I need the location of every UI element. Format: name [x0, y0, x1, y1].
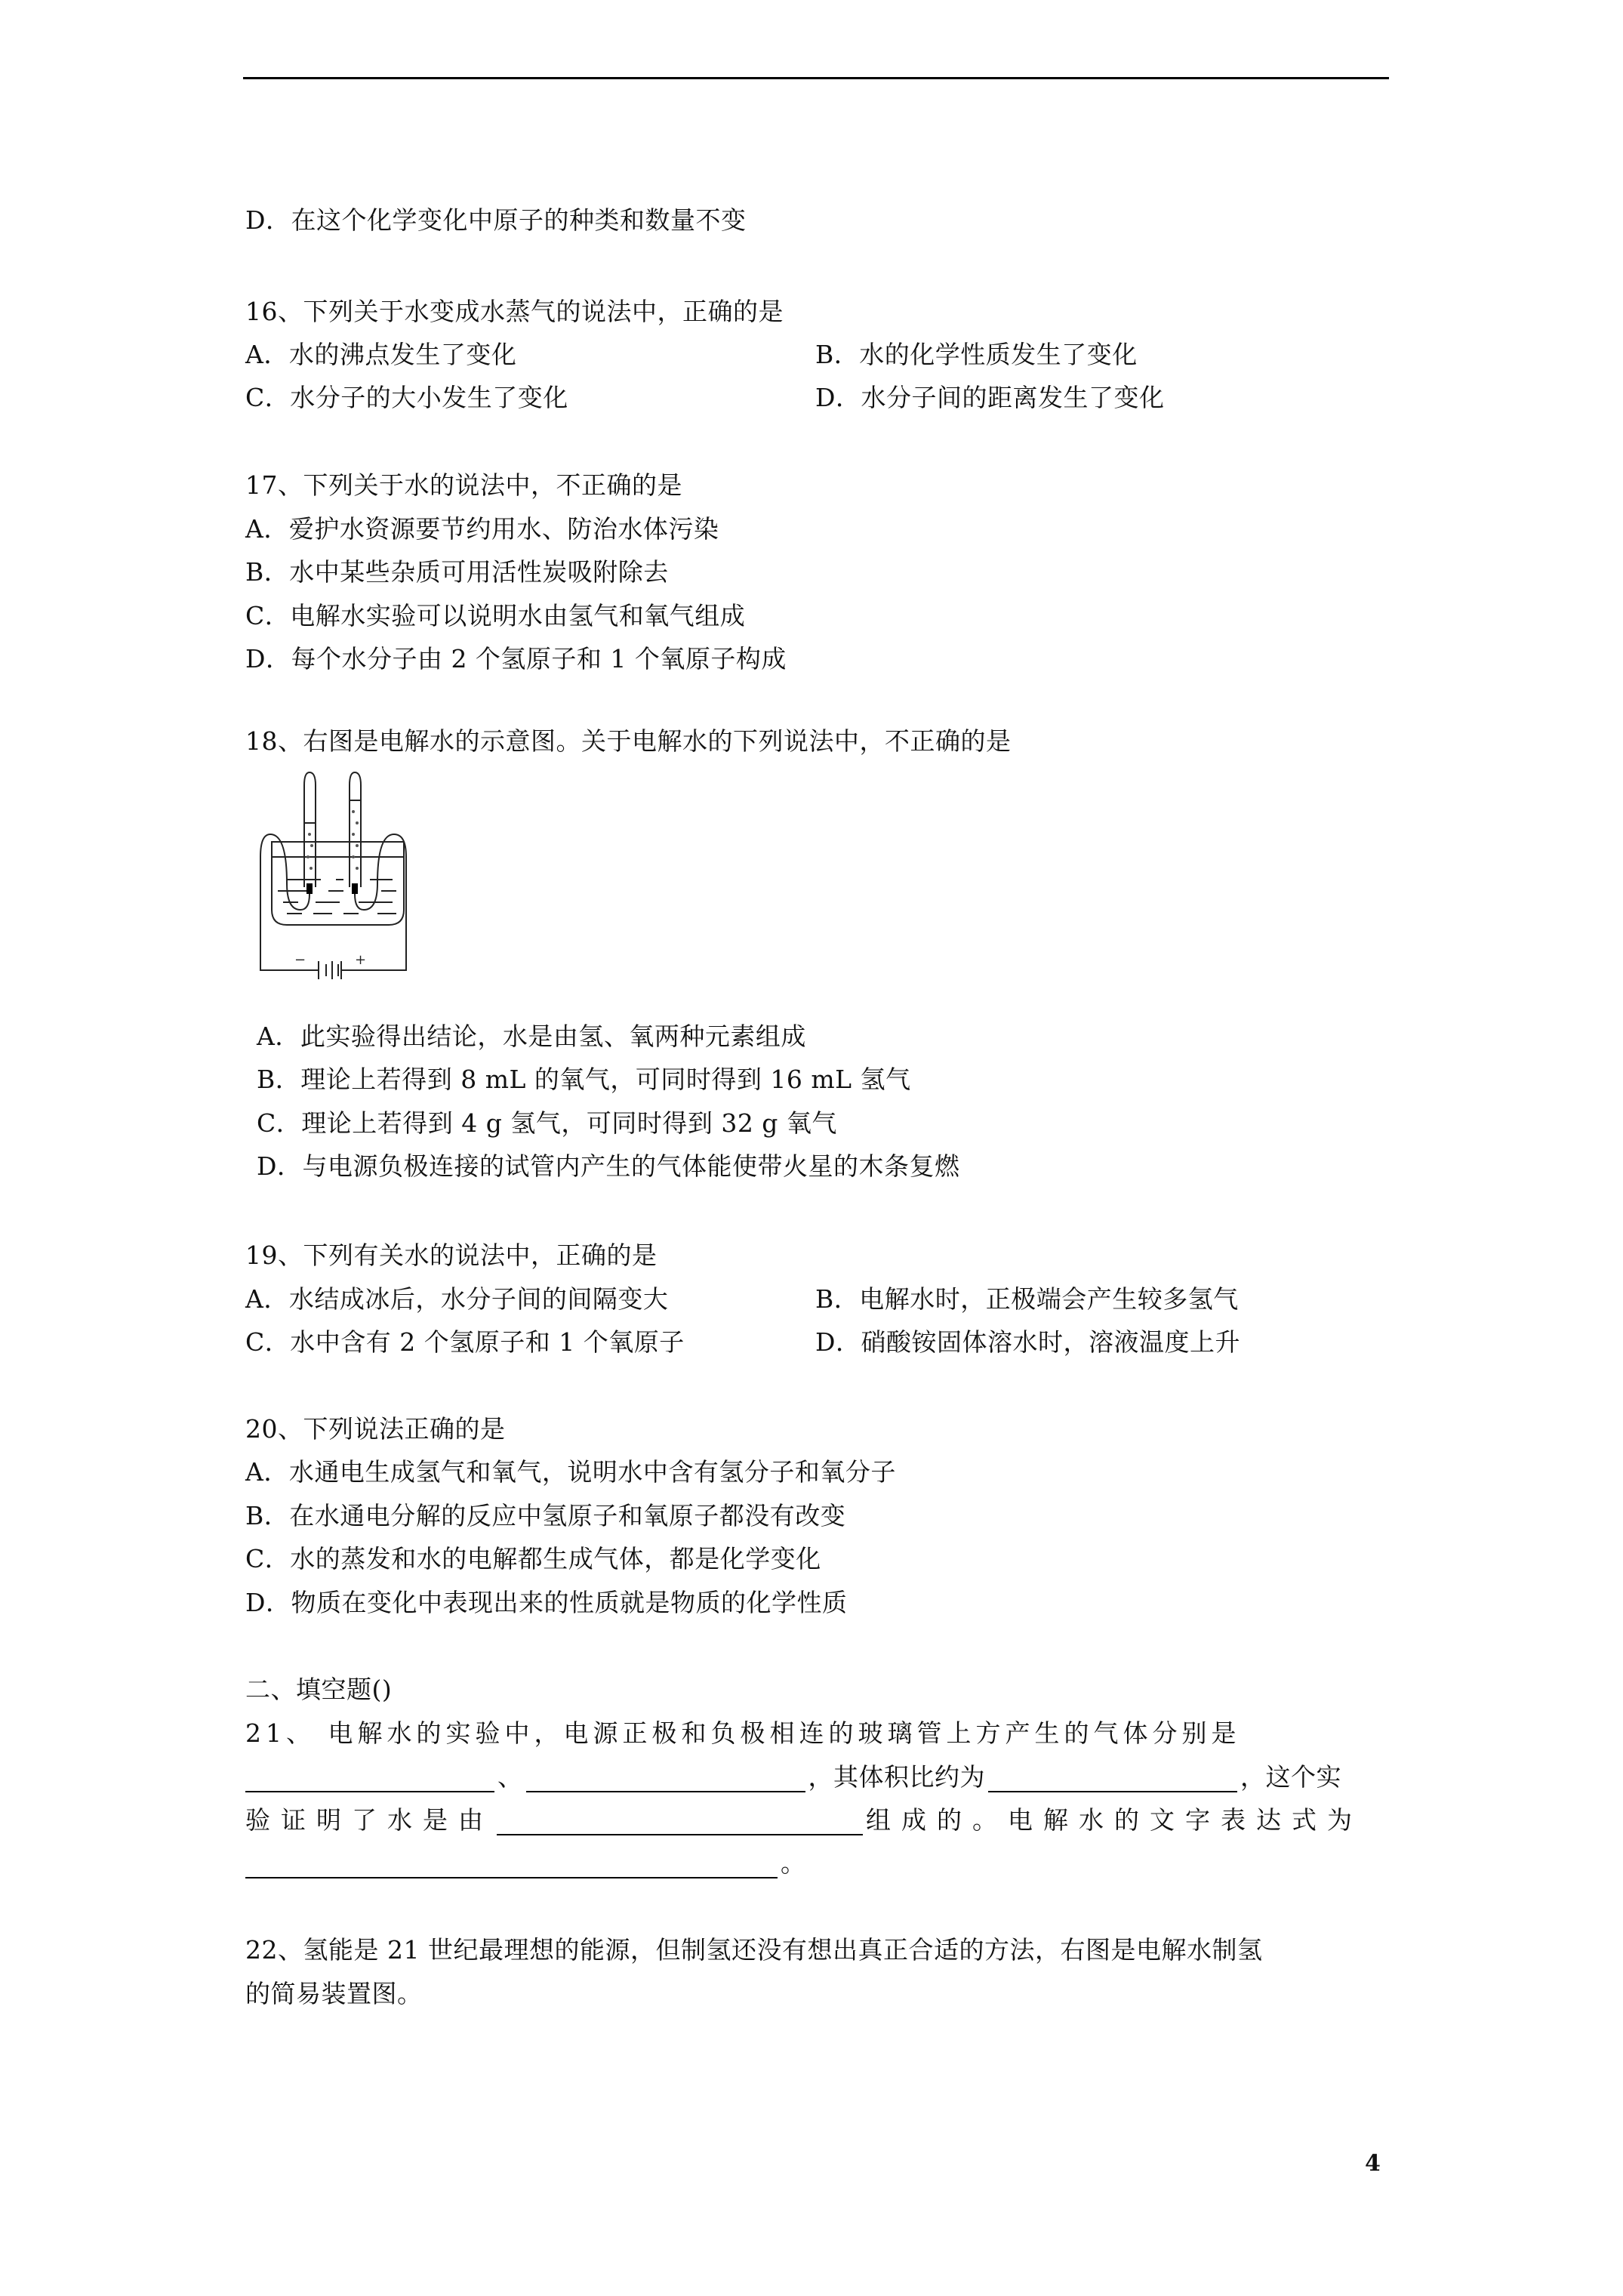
q20-option-c: C．水的蒸发和水的电解都生成气体，都是化学变化 [245, 1544, 821, 1574]
blank-composition[interactable] [497, 1811, 863, 1835]
q16-stem: 16、下列关于水变成水蒸气的说法中，正确的是 [245, 297, 784, 327]
q16-option-a: A．水的沸点发生了变化 [245, 340, 516, 370]
q21-line1: 21、 电解水的实验中，电源正极和负极相连的玻璃管上方产生的气体分别是 [245, 1718, 1389, 1749]
q19-option-d: D．硝酸铵固体溶水时，溶液温度上升 [815, 1327, 1240, 1358]
blank-gas-positive[interactable] [245, 1768, 494, 1792]
page-number: 4 [1365, 2150, 1381, 2177]
q20-stem: 20、下列说法正确的是 [245, 1414, 506, 1444]
minus-label: − [294, 952, 306, 968]
section-heading-fill-in: 二、填空题() [245, 1675, 392, 1705]
q19-option-a: A．水结成冰后，水分子间的间隔变大 [245, 1284, 668, 1314]
blank-word-equation[interactable] [245, 1854, 778, 1878]
q18-option-b: B．理论上若得到 8 mL 的氧气，可同时得到 16 mL 氢气 [257, 1065, 911, 1095]
q19-option-b: B．电解水时，正极端会产生较多氢气 [815, 1284, 1239, 1314]
q21-line2: 、，其体积比约为，这个实 [245, 1762, 1341, 1792]
q16-option-c: C．水分子的大小发生了变化 [245, 383, 568, 413]
blank-gas-negative[interactable] [526, 1768, 805, 1792]
q17-option-a: A．爱护水资源要节约用水、防治水体污染 [245, 514, 719, 544]
q19-stem: 19、下列有关水的说法中，正确的是 [245, 1240, 658, 1271]
q18-option-d: D．与电源负极连接的试管内产生的气体能使带火星的木条复燃 [257, 1151, 959, 1182]
q21-line3: 验证明了水是由组成的。电解水的文字表达式为 [245, 1805, 1363, 1835]
q17-option-c: C．电解水实验可以说明水由氢气和氧气组成 [245, 601, 745, 631]
q18-option-a: A．此实验得出结论，水是由氢、氧两种元素组成 [257, 1022, 806, 1052]
plus-label: + [355, 952, 366, 968]
q16-option-d: D．水分子间的距离发生了变化 [815, 383, 1164, 413]
q17-stem: 17、下列关于水的说法中，不正确的是 [245, 470, 682, 501]
q17-option-b: B．水中某些杂质可用活性炭吸附除去 [245, 557, 669, 587]
q16-option-b: B．水的化学性质发生了变化 [815, 340, 1138, 370]
blank-volume-ratio[interactable] [988, 1768, 1237, 1792]
header-rule [243, 77, 1389, 79]
q19-option-c: C．水中含有 2 个氢原子和 1 个氧原子 [245, 1327, 685, 1358]
q21-stem: 21、 电解水的实验中，电源正极和负极相连的玻璃管上方产生的气体分别是 [245, 1718, 1240, 1749]
q15-option-d: D．在这个化学变化中原子的种类和数量不变 [245, 205, 746, 236]
q18-stem: 18、右图是电解水的示意图。关于电解水的下列说法中，不正确的是 [245, 726, 1012, 757]
electrolysis-diagram: − + [257, 759, 408, 993]
q22-line2: 的简易装置图。 [245, 1979, 423, 2009]
q21-line4: 。 [245, 1848, 806, 1878]
q20-option-d: D．物质在变化中表现出来的性质就是物质的化学性质 [245, 1588, 847, 1618]
q17-option-d: D．每个水分子由 2 个氢原子和 1 个氧原子构成 [245, 644, 787, 674]
q20-option-a: A．水通电生成氢气和氧气，说明水中含有氢分子和氧分子 [245, 1457, 896, 1487]
q20-option-b: B．在水通电分解的反应中氢原子和氧原子都没有改变 [245, 1501, 845, 1531]
q18-option-c: C．理论上若得到 4 g 氢气，可同时得到 32 g 氧气 [257, 1108, 837, 1139]
q22-line1: 22、氢能是 21 世纪最理想的能源，但制氢还没有想出真正合适的方法，右图是电解… [245, 1935, 1262, 1965]
